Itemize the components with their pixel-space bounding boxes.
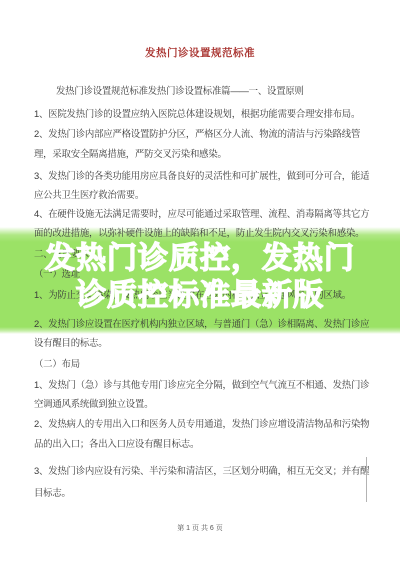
doc-line: 1、医院发热门诊的设置应纳入医院总体建设规划，根据功能需要合理安排布局。: [34, 108, 370, 119]
doc-line: 应公共卫生医疗救治需要。: [34, 189, 370, 200]
doc-line: 面的改进措施，以弥补硬件设施上的缺陷和不足，防止发生院内交叉污染和感染。: [34, 227, 370, 238]
watermark-caption: 发热门诊质控，发热门 诊质控标准最新版: [0, 240, 400, 314]
doc-line: 设有醒目的标志。: [34, 337, 370, 348]
doc-line: 4、在硬件设施无法满足需要时，应尽可能通过采取管理、流程、消毒隔离等其它方: [34, 208, 370, 219]
doc-line: 3、发热门诊的各类功能用房应具备良好的灵活性和可扩展性，做到可分可合，能适: [34, 170, 370, 181]
watermark-caption-line2: 诊质控标准最新版: [0, 277, 400, 314]
document-page: 发热门诊设置规范标准 发热门诊设置规范标准发热门诊设置标准篇——一、设置原则 1…: [0, 0, 400, 565]
doc-line: 理，采取安全隔离措施，严防交叉污染和感染。: [34, 148, 370, 159]
page-number: 第 1 页 共 6 页: [0, 523, 400, 533]
doc-line: 2、发热病人的专用出入口和医务人员专用通道，发热门诊应增设清洁物品和污染物: [34, 418, 370, 429]
doc-line: 2、发热门诊内部应严格设置防护分区，严格区分人流、物流的清洁与污染路线管: [34, 128, 370, 139]
watermark-caption-line1: 发热门诊质控，发热门: [0, 240, 400, 277]
doc-line: 目标志。: [34, 487, 370, 498]
doc-line: 空调通风系统做到独立设置。: [34, 398, 370, 409]
doc-line: 1、发热门（急）诊与其他专用门诊应完全分隔，做到空气气流互不相通、发热门诊: [34, 379, 370, 390]
doc-line: 2、发热门诊应设置在医疗机构内独立区域，与普通门（急）诊相隔离、发热门诊应: [34, 318, 370, 329]
doc-line: 3、发热门诊内应设有污染、半污染和清洁区，三区划分明确，相互无交叉；并有醒: [34, 465, 370, 476]
doc-line: 发热门诊设置规范标准发热门诊设置标准篇——一、设置原则: [56, 85, 370, 96]
doc-line: （二）布局: [34, 358, 370, 369]
doc-line: 品的出入口；各出入口应设有醒目标志。: [34, 438, 370, 449]
table-border-line: [366, 457, 367, 502]
